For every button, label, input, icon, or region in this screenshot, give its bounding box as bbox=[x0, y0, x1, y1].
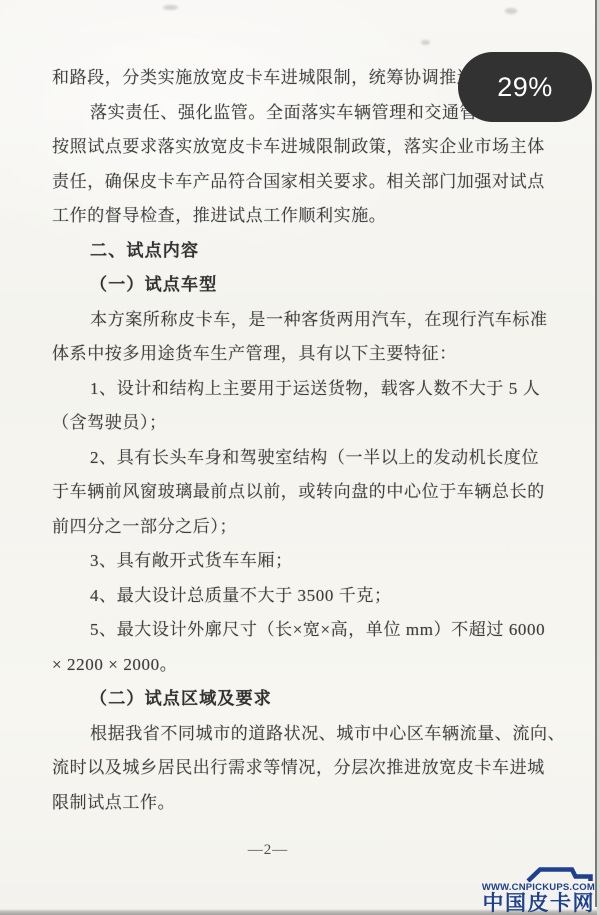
doc-line: 1、设计和结构上主要用于运送货物，载客人数不大于 5 人 bbox=[52, 372, 552, 407]
subsection-heading: （一）试点车型 bbox=[52, 268, 552, 303]
doc-line: 流时以及城乡居民出行需求等情况，分层次推进放宽皮卡车进城 bbox=[52, 751, 552, 786]
doc-line: 根据我省不同城市的道路状况、城市中心区车辆流量、流向、 bbox=[52, 717, 552, 752]
doc-line: 本方案所称皮卡车，是一种客货两用汽车，在现行汽车标准 bbox=[52, 303, 552, 338]
doc-line: 限制试点工作。 bbox=[52, 786, 552, 821]
doc-line: × 2200 × 2000。 bbox=[52, 648, 552, 683]
document-body: 和路段，分类实施放宽皮卡车进城限制，统筹协调推进试点工作 落实责任、强化监管。全… bbox=[52, 61, 552, 820]
doc-line: 4、最大设计总质量不大于 3500 千克； bbox=[52, 579, 552, 614]
doc-line: 3、具有敞开式货车车厢； bbox=[52, 544, 552, 579]
page-number: —2— bbox=[0, 842, 536, 859]
section-heading: 二、试点内容 bbox=[52, 234, 552, 269]
page-edge-line bbox=[595, 0, 597, 907]
pickup-truck-icon bbox=[526, 867, 594, 882]
doc-line: （含驾驶员）； bbox=[52, 406, 552, 441]
watermark-site-name: 中国皮卡网 bbox=[483, 893, 596, 914]
subsection-heading: （二）试点区域及要求 bbox=[52, 682, 552, 717]
site-watermark: WWW.CNPICKUPS.COM 中国皮卡网 bbox=[482, 867, 595, 915]
scan-smudge bbox=[163, 5, 178, 10]
doc-line: 5、最大设计外廓尺寸（长×宽×高，单位 mm）不超过 6000 bbox=[52, 613, 552, 648]
doc-line: 责任，确保皮卡车产品符合国家相关要求。相关部门加强对试点 bbox=[52, 165, 552, 200]
doc-line: 于车辆前风窗玻璃最前点以前，或转向盘的中心位于车辆总长的 bbox=[52, 475, 552, 510]
doc-line: 2、具有长头车身和驾驶室结构（一半以上的发动机长度位 bbox=[52, 441, 552, 476]
watermark-url: WWW.CNPICKUPS.COM bbox=[482, 883, 595, 893]
doc-line: 前四分之一部分之后）； bbox=[52, 510, 552, 545]
doc-line: 体系中按多用途货车生产管理，具有以下主要特征： bbox=[52, 337, 552, 372]
doc-line: 按照试点要求落实放宽皮卡车进城限制政策，落实企业市场主体 bbox=[52, 130, 552, 165]
scanned-document-page: 和路段，分类实施放宽皮卡车进城限制，统筹协调推进试点工作 落实责任、强化监管。全… bbox=[0, 0, 600, 915]
reading-progress-badge: 29% bbox=[458, 52, 592, 122]
scan-smudge bbox=[505, 8, 517, 14]
doc-line: 工作的督导检查，推进试点工作顺利实施。 bbox=[52, 199, 552, 234]
scan-smudge bbox=[421, 40, 430, 45]
